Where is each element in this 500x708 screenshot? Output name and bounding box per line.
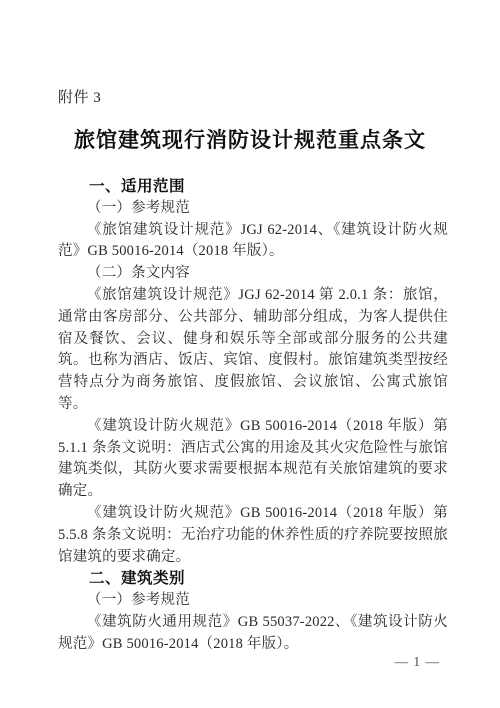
section-heading-scope: 一、适用范围	[58, 176, 448, 198]
subheading-reference-codes-2: （一）参考规范	[58, 590, 448, 612]
paragraph-provision-5-5-8: 《建筑设计防火规范》GB 50016-2014（2018 年版）第 5.5.8 …	[58, 503, 448, 568]
subheading-provision-content: （二）条文内容	[58, 263, 448, 285]
document-body: 一、适用范围 （一）参考规范 《旅馆建筑设计规范》JGJ 62-2014、《建筑…	[58, 176, 448, 656]
page-number: — 1 —	[395, 652, 441, 672]
page-title: 旅馆建筑现行消防设计规范重点条文	[0, 124, 500, 158]
paragraph-provision-2-0-1: 《旅馆建筑设计规范》JGJ 62-2014 第 2.0.1 条：旅馆，通常由客房…	[58, 285, 448, 416]
subheading-reference-codes-1: （一）参考规范	[58, 198, 448, 220]
attachment-label: 附件 3	[58, 88, 101, 108]
paragraph-provision-5-1-1: 《建筑设计防火规范》GB 50016-2014（2018 年版）第 5.1.1 …	[58, 416, 448, 503]
document-page: 附件 3 旅馆建筑现行消防设计规范重点条文 一、适用范围 （一）参考规范 《旅馆…	[0, 0, 500, 708]
paragraph-reference-codes-1: 《旅馆建筑设计规范》JGJ 62-2014、《建筑设计防火规范》GB 50016…	[58, 220, 448, 264]
paragraph-reference-codes-2: 《建筑防火通用规范》GB 55037-2022、《建筑设计防火规范》GB 500…	[58, 612, 448, 656]
section-heading-building-category: 二、建筑类别	[58, 568, 448, 590]
